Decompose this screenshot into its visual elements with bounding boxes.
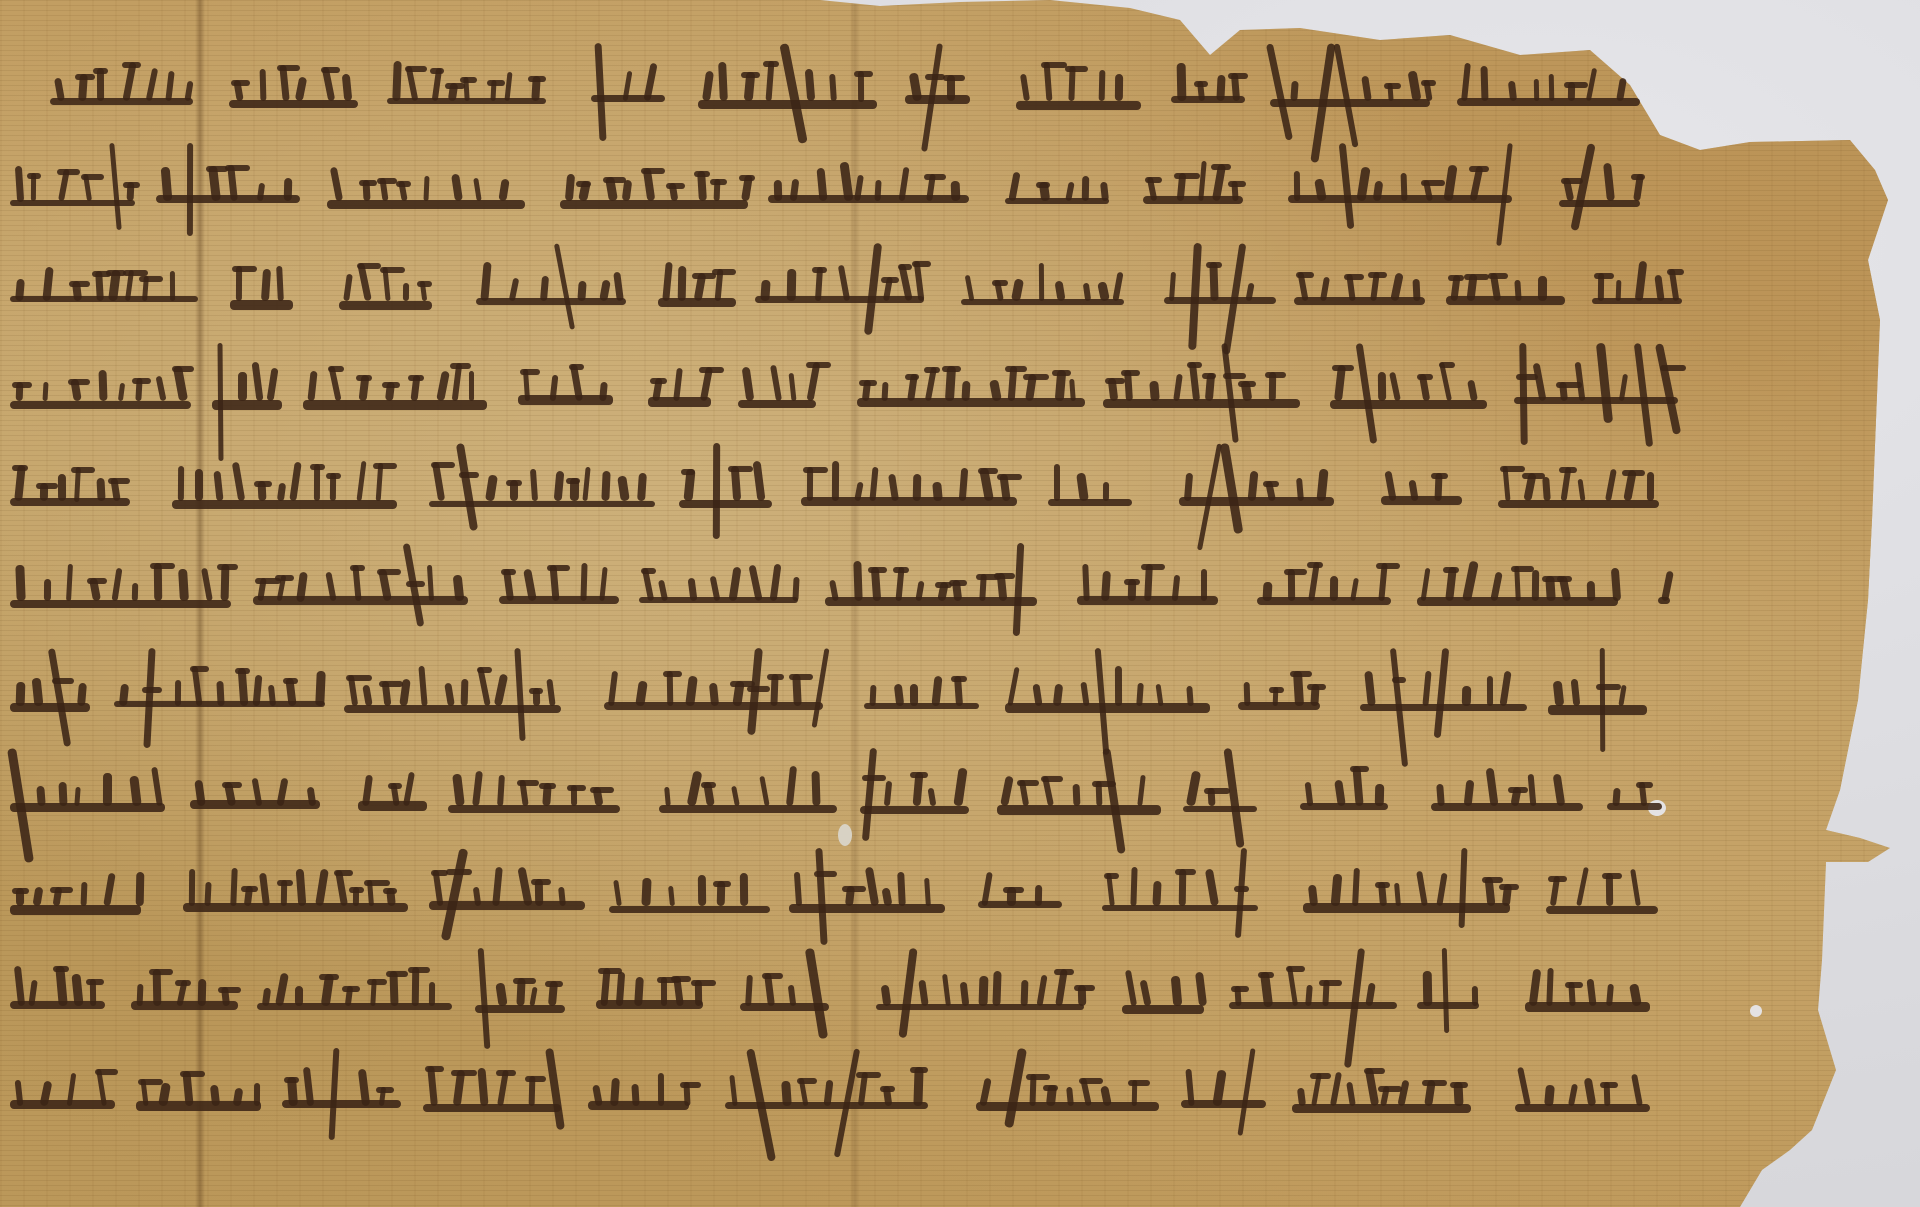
ink-stroke	[122, 62, 141, 68]
ink-stroke	[1600, 1082, 1618, 1088]
script-line	[0, 173, 1920, 217]
ink-stroke	[474, 177, 483, 201]
ink-stroke	[1361, 76, 1372, 101]
ink-stroke	[1181, 1100, 1266, 1107]
ink-stroke	[1423, 971, 1432, 1007]
ink-stroke	[1546, 906, 1658, 914]
ink-stroke	[364, 880, 389, 886]
ink-stroke	[884, 781, 892, 807]
ink-stroke	[95, 1069, 118, 1075]
ink-stroke	[699, 367, 723, 373]
ink-stroke	[36, 483, 59, 489]
ink-stroke	[932, 676, 943, 706]
ink-stroke	[436, 370, 450, 401]
ink-stroke	[1103, 482, 1109, 501]
ink-stroke	[678, 266, 687, 301]
ink-stroke	[1286, 966, 1305, 972]
ink-stroke	[1263, 481, 1278, 487]
ink-stroke	[1284, 569, 1307, 575]
ink-stroke	[1066, 1087, 1074, 1106]
ink-stroke	[1228, 73, 1248, 79]
ink-stroke	[1436, 873, 1447, 906]
ink-stroke	[178, 569, 189, 601]
ink-stroke	[668, 886, 675, 906]
ink-stroke	[513, 978, 536, 984]
ink-stroke	[81, 174, 104, 180]
ink-stroke	[10, 1100, 115, 1109]
ink-stroke	[103, 873, 115, 906]
ink-stroke	[1605, 469, 1617, 501]
ink-stroke	[267, 367, 279, 401]
ink-stroke	[792, 577, 800, 601]
script-line	[0, 878, 1920, 922]
ink-stroke	[1346, 1082, 1356, 1107]
ink-stroke	[546, 679, 556, 707]
ink-stroke	[1376, 563, 1400, 569]
ink-stroke	[681, 469, 695, 475]
ink-stroke	[136, 983, 143, 1006]
ink-stroke	[497, 775, 504, 806]
ink-stroke	[874, 179, 881, 201]
ink-stroke	[254, 1083, 260, 1106]
ink-stroke	[225, 165, 250, 171]
ink-stroke	[1375, 882, 1390, 888]
ink-stroke	[702, 71, 714, 102]
ink-stroke	[1124, 579, 1140, 585]
ink-stroke	[688, 578, 698, 602]
ink-stroke	[1559, 200, 1640, 206]
ink-stroke	[367, 979, 387, 985]
ink-stroke	[190, 666, 209, 672]
ink-stroke	[1195, 972, 1207, 1006]
ink-stroke	[1350, 766, 1369, 772]
ink-stroke	[15, 565, 25, 601]
ink-stroke	[1000, 776, 1013, 807]
ink-stroke	[1330, 1072, 1342, 1106]
ink-stroke	[1544, 1085, 1555, 1106]
ink-stroke	[1130, 867, 1137, 906]
ink-stroke	[1462, 686, 1471, 706]
ink-stroke	[621, 180, 632, 201]
ink-stroke	[1211, 164, 1231, 170]
ink-stroke	[870, 685, 877, 706]
ink-stroke	[1552, 773, 1565, 806]
ink-stroke	[1389, 372, 1401, 402]
ink-stroke	[905, 374, 919, 380]
ink-stroke	[1487, 676, 1493, 706]
ink-stroke	[44, 579, 52, 601]
ink-stroke	[131, 583, 137, 602]
ink-stroke	[321, 67, 339, 73]
ink-stroke	[12, 465, 28, 471]
ink-stroke	[1020, 74, 1030, 102]
ink-stroke	[58, 474, 66, 501]
ink-stroke	[36, 786, 46, 806]
ink-stroke	[1176, 63, 1185, 101]
ink-stroke	[172, 366, 195, 372]
ink-stroke	[303, 400, 487, 409]
ink-stroke	[185, 81, 194, 101]
ink-stroke	[617, 475, 629, 501]
ink-stroke	[230, 300, 293, 310]
ink-stroke	[814, 871, 837, 877]
ink-stroke	[380, 267, 404, 273]
ink-stroke	[1446, 296, 1565, 305]
ink-stroke	[997, 805, 1162, 814]
ink-stroke	[1179, 497, 1334, 506]
ink-stroke	[663, 671, 682, 677]
ink-stroke	[1238, 381, 1256, 387]
ink-stroke	[1602, 873, 1622, 879]
ink-stroke	[1378, 1086, 1402, 1092]
ink-stroke	[485, 475, 498, 502]
ink-stroke	[362, 684, 373, 706]
ink-stroke	[728, 466, 753, 472]
ink-stroke	[445, 83, 465, 89]
ink-stroke	[881, 277, 898, 283]
ink-stroke	[528, 76, 546, 82]
ink-stroke	[992, 280, 1008, 286]
ink-stroke	[709, 683, 719, 707]
ink-stroke	[673, 368, 683, 401]
ink-stroke	[580, 563, 587, 601]
ink-stroke	[308, 371, 318, 402]
ink-stroke	[177, 466, 184, 501]
ink-stroke	[1319, 980, 1341, 986]
ink-stroke	[12, 382, 32, 388]
ink-stroke	[187, 143, 193, 236]
ink-stroke	[789, 904, 945, 913]
ink-stroke	[1534, 79, 1540, 102]
ink-stroke	[1021, 980, 1029, 1006]
script-line	[0, 73, 1920, 117]
ink-stroke	[27, 173, 41, 179]
ink-stroke	[558, 887, 566, 907]
ink-stroke	[666, 183, 685, 189]
ink-stroke	[344, 705, 561, 713]
ink-stroke	[1661, 571, 1674, 602]
ink-stroke	[123, 182, 140, 188]
ink-stroke	[637, 473, 647, 501]
ink-stroke	[1140, 980, 1152, 1006]
ink-stroke	[1183, 806, 1256, 812]
ink-stroke	[1152, 881, 1162, 906]
ink-stroke	[992, 971, 1002, 1007]
ink-stroke	[1243, 682, 1250, 706]
ink-stroke	[805, 68, 816, 101]
ink-stroke	[1436, 784, 1445, 807]
ink-stroke	[118, 382, 125, 401]
ink-stroke	[860, 806, 968, 814]
ink-stroke	[142, 687, 162, 693]
ink-stroke	[1186, 686, 1194, 706]
ink-stroke	[1508, 787, 1528, 793]
ink-stroke	[787, 269, 796, 302]
ink-stroke	[406, 581, 426, 587]
ink-stroke	[1472, 986, 1479, 1006]
ink-stroke	[260, 269, 270, 301]
ink-stroke	[1041, 62, 1066, 68]
ink-stroke	[1364, 1068, 1385, 1074]
ink-stroke	[1202, 373, 1216, 379]
ink-stroke	[609, 906, 769, 913]
ink-stroke	[894, 684, 905, 706]
ink-stroke	[408, 967, 430, 973]
ink-stroke	[596, 1000, 703, 1009]
ink-stroke	[138, 1079, 163, 1085]
ink-stroke	[149, 969, 173, 975]
ink-stroke	[918, 980, 928, 1007]
ink-stroke	[694, 171, 709, 177]
ink-stroke	[942, 366, 962, 372]
ink-stroke	[377, 178, 397, 184]
ink-stroke	[997, 474, 1022, 480]
ink-stroke	[197, 979, 205, 1006]
ink-stroke	[42, 382, 49, 402]
ink-stroke	[1660, 365, 1686, 371]
ink-stroke	[1557, 576, 1572, 582]
ink-stroke	[1115, 666, 1123, 706]
ink-stroke	[1407, 71, 1421, 102]
ink-stroke	[925, 74, 945, 80]
ink-stroke	[218, 987, 241, 993]
ink-stroke	[315, 671, 325, 706]
ink-stroke	[460, 77, 478, 83]
ink-stroke	[10, 600, 231, 607]
ink-stroke	[108, 478, 130, 484]
ink-stroke	[66, 564, 73, 601]
ink-stroke	[774, 180, 782, 201]
ink-stroke	[994, 573, 1015, 579]
ink-stroke	[1667, 269, 1684, 275]
ink-stroke	[180, 1071, 205, 1077]
ink-stroke	[1553, 681, 1564, 707]
ink-stroke	[1392, 677, 1406, 683]
ink-stroke	[382, 382, 400, 388]
ink-stroke	[1017, 780, 1039, 786]
ink-stroke	[1394, 883, 1401, 907]
script-line	[0, 273, 1920, 317]
ink-stroke	[1290, 671, 1312, 677]
ink-stroke	[671, 976, 691, 982]
ink-stroke	[913, 474, 921, 501]
ink-stroke	[829, 74, 836, 101]
ink-stroke	[1450, 1082, 1468, 1088]
ink-stroke	[52, 678, 74, 684]
ink-stroke	[359, 180, 377, 186]
ink-stroke	[1398, 1080, 1410, 1107]
ink-stroke	[403, 283, 409, 301]
ink-stroke	[1631, 174, 1645, 180]
ink-stroke	[475, 1005, 565, 1013]
ink-stroke	[1584, 1078, 1596, 1107]
ink-stroke	[1137, 775, 1146, 806]
ink-stroke	[1401, 173, 1408, 201]
ink-stroke	[86, 979, 105, 985]
ink-stroke	[1413, 279, 1421, 301]
ink-stroke	[1594, 273, 1614, 279]
ink-stroke	[388, 783, 402, 789]
ink-stroke	[1480, 66, 1488, 101]
ink-stroke	[856, 1072, 880, 1078]
ink-stroke	[350, 565, 364, 571]
ink-stroke	[69, 281, 90, 287]
ink-stroke	[1102, 905, 1259, 911]
ink-stroke	[1036, 974, 1047, 1006]
ink-stroke	[232, 266, 257, 272]
ink-stroke	[175, 980, 191, 986]
ink-stroke	[58, 782, 67, 807]
ink-stroke	[978, 468, 998, 474]
ink-stroke	[853, 561, 862, 601]
ink-stroke	[1636, 782, 1654, 788]
ink-stroke	[1482, 877, 1503, 883]
ink-stroke	[451, 174, 462, 202]
ink-stroke	[566, 478, 580, 484]
ink-stroke	[1508, 80, 1517, 101]
ink-stroke	[1003, 887, 1023, 893]
ink-stroke	[1568, 1084, 1578, 1107]
ink-stroke	[10, 803, 165, 812]
ink-stroke	[898, 264, 912, 270]
ink-stroke	[910, 1067, 928, 1073]
ink-stroke	[601, 471, 610, 501]
ink-stroke	[1571, 679, 1580, 707]
ink-stroke	[1076, 472, 1089, 501]
ink-stroke	[1149, 381, 1160, 401]
ink-stroke	[763, 61, 779, 67]
ink-stroke	[1043, 1085, 1058, 1091]
ink-stroke	[1422, 1080, 1447, 1086]
ink-stroke	[912, 261, 931, 267]
ink-stroke	[1578, 479, 1586, 502]
ink-stroke	[755, 296, 924, 303]
ink-stroke	[10, 401, 191, 409]
ink-stroke	[161, 167, 173, 201]
ink-stroke	[862, 775, 886, 781]
ink-stroke	[201, 567, 213, 601]
ink-stroke	[235, 668, 250, 674]
ink-stroke	[1515, 1104, 1650, 1112]
ink-stroke	[189, 868, 195, 906]
ink-stroke	[1307, 562, 1323, 568]
ink-stroke	[1564, 82, 1587, 88]
ink-stroke	[459, 472, 479, 478]
ink-stroke	[97, 478, 107, 501]
ink-stroke	[1105, 378, 1126, 384]
ink-stroke	[156, 195, 300, 203]
ink-stroke	[857, 398, 1084, 407]
ink-stroke	[913, 1067, 923, 1106]
ink-stroke	[1098, 70, 1105, 102]
ink-stroke	[680, 1082, 701, 1088]
ink-stroke	[880, 1086, 894, 1092]
script-line	[0, 1078, 1920, 1122]
ink-stroke	[910, 684, 918, 706]
ink-stroke	[132, 378, 151, 384]
ink-stroke	[1330, 400, 1488, 409]
ink-stroke	[1519, 343, 1527, 445]
ink-stroke	[1023, 374, 1048, 380]
ink-stroke	[1294, 297, 1425, 306]
ink-stroke	[1048, 499, 1132, 506]
ink-stroke	[924, 174, 946, 180]
ink-stroke	[417, 281, 432, 287]
ink-stroke	[284, 178, 292, 201]
ink-stroke	[1431, 473, 1448, 479]
ink-stroke	[1122, 1005, 1205, 1013]
ink-stroke	[567, 785, 586, 791]
ink-stroke	[882, 382, 889, 402]
ink-stroke	[277, 880, 293, 886]
ink-stroke	[217, 564, 238, 570]
ink-stroke	[924, 878, 931, 906]
ink-stroke	[1307, 684, 1326, 690]
ink-stroke	[16, 682, 25, 706]
ink-stroke	[1005, 366, 1027, 372]
ink-stroke	[641, 568, 656, 574]
ink-stroke	[50, 98, 193, 104]
ink-stroke	[68, 379, 90, 385]
ink-stroke	[1143, 196, 1243, 203]
ink-stroke	[405, 66, 427, 72]
ink-stroke	[277, 65, 300, 71]
ink-stroke	[517, 780, 539, 786]
ink-stroke	[423, 176, 429, 201]
ink-stroke	[210, 1085, 220, 1106]
ink-stroke	[547, 565, 569, 571]
ink-stroke	[910, 772, 928, 778]
ink-stroke	[1538, 276, 1547, 301]
ink-stroke	[712, 269, 736, 275]
ink-stroke	[448, 805, 620, 813]
ink-stroke	[1039, 263, 1044, 301]
ink-stroke	[494, 674, 509, 707]
ink-stroke	[788, 373, 796, 401]
ink-stroke	[328, 366, 344, 372]
ink-stroke	[590, 787, 613, 793]
ink-stroke	[446, 869, 472, 875]
ink-stroke	[760, 280, 770, 301]
ink-stroke	[275, 575, 294, 581]
script-line	[0, 678, 1920, 722]
ink-stroke	[373, 463, 397, 469]
ink-stroke	[1258, 972, 1274, 978]
ink-stroke	[342, 986, 360, 992]
ink-stroke	[1234, 886, 1249, 892]
ink-stroke	[57, 169, 80, 175]
ink-stroke	[1528, 773, 1537, 806]
ink-stroke	[1586, 67, 1598, 101]
ink-stroke	[1332, 365, 1354, 371]
ink-stroke	[1296, 272, 1314, 278]
ink-stroke	[217, 343, 223, 461]
ink-stroke	[376, 463, 384, 501]
ink-stroke	[1016, 101, 1141, 110]
ink-stroke	[718, 61, 727, 101]
ink-stroke	[951, 676, 967, 682]
script-line	[0, 978, 1920, 1022]
ink-stroke	[1082, 564, 1089, 601]
ink-stroke	[1297, 1087, 1306, 1106]
ink-stroke	[396, 181, 411, 187]
ink-stroke	[1559, 467, 1577, 473]
ink-stroke	[136, 1101, 261, 1111]
ink-stroke	[346, 675, 372, 681]
papyrus-hole	[838, 824, 852, 846]
ink-stroke	[204, 881, 211, 906]
ink-stroke	[679, 500, 772, 508]
